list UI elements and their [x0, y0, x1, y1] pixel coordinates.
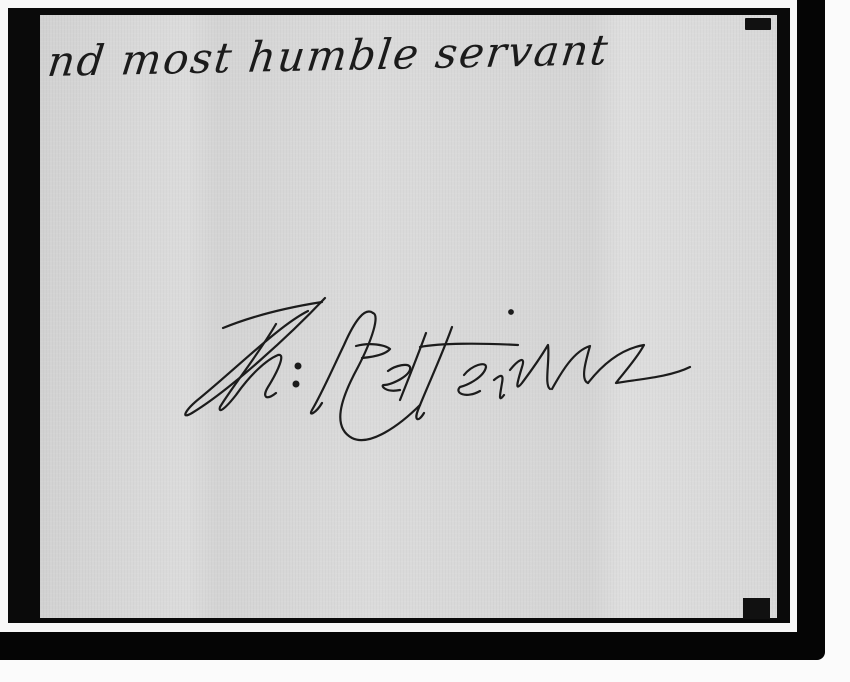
signature-drawing: [40, 15, 777, 618]
drop-shadow-right: [797, 0, 825, 660]
corner-tab-bottom-right: [743, 598, 770, 619]
corner-tab-top-right: [745, 18, 771, 30]
drop-shadow-bottom: [0, 632, 825, 660]
paper-document: nd most humble servant: [40, 15, 777, 618]
